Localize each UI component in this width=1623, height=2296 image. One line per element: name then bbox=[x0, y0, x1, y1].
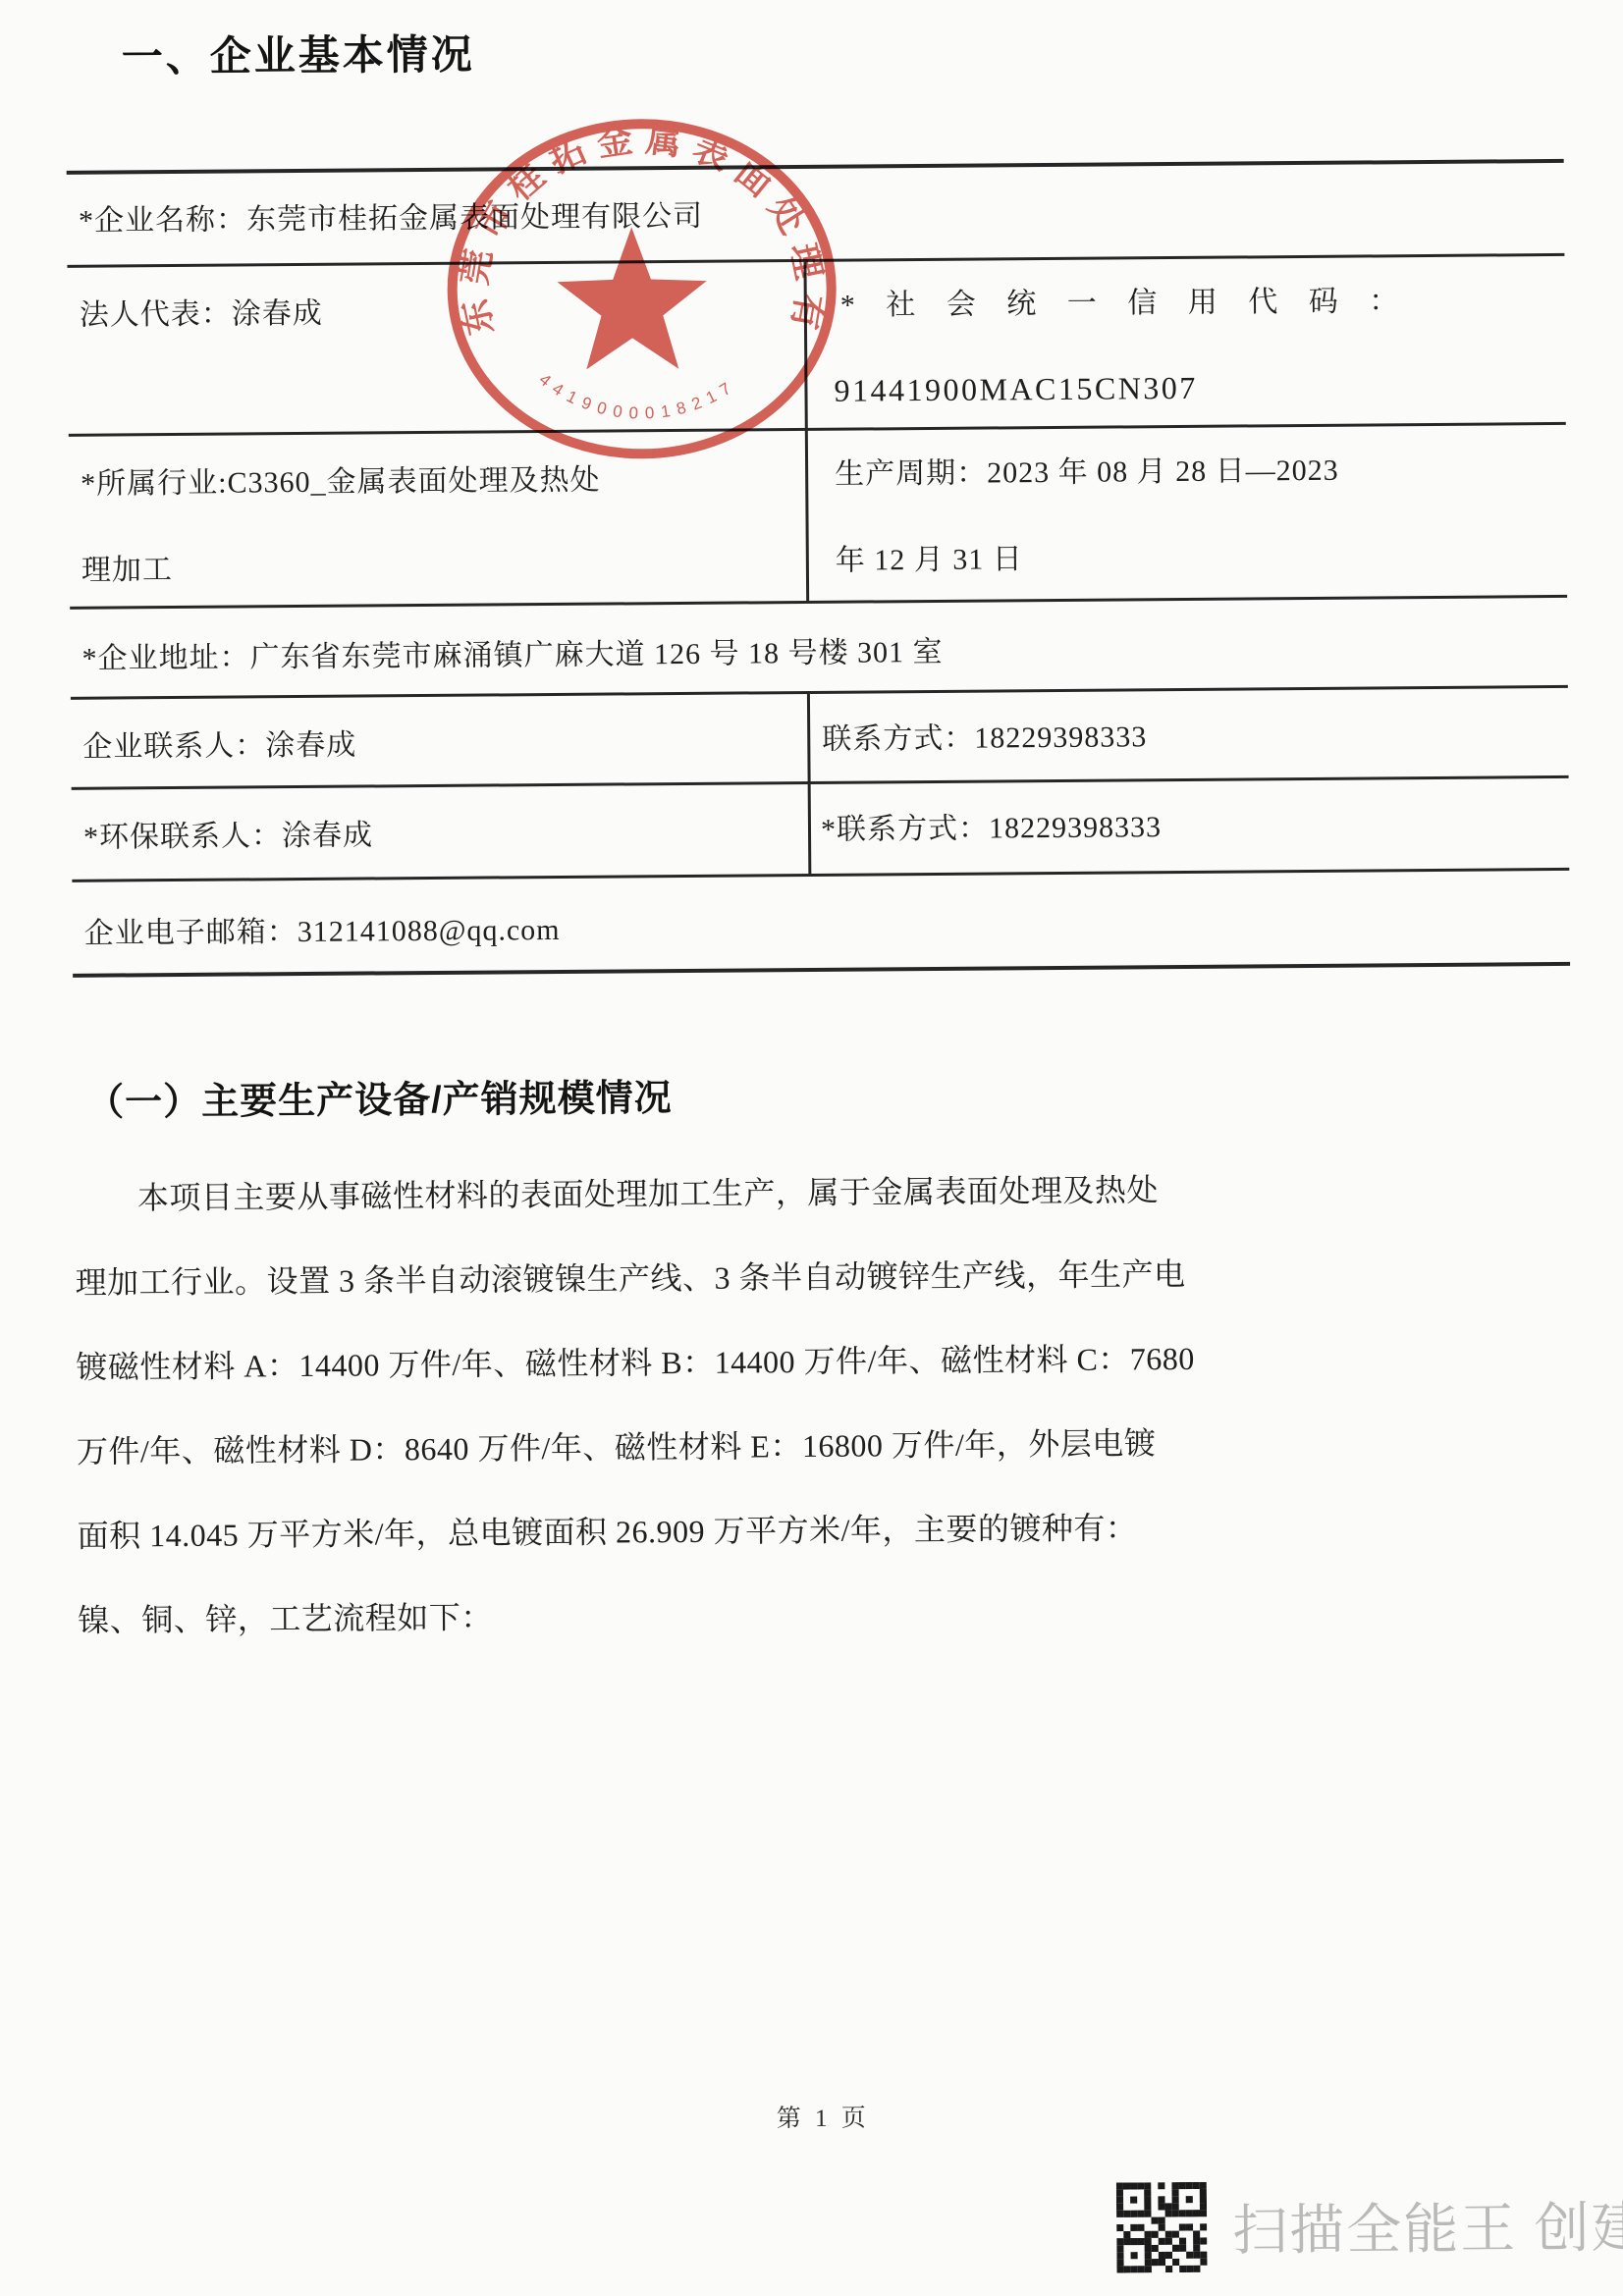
env-contact-person-cell: *环保联系人：涂春成 bbox=[83, 810, 373, 855]
paragraph-line: 本项目主要从事磁性材料的表面处理加工生产，属于金属表面处理及热处 bbox=[75, 1162, 1588, 1258]
scanned-page: 一、企业基本情况 *企业名称：东莞市桂拓金属表面处理有限公司 法人代表：涂春成 … bbox=[0, 0, 1623, 2296]
email-cell: 企业电子邮箱：312141088@qq.com bbox=[84, 905, 561, 952]
industry-cell-line2: 理加工 bbox=[81, 545, 173, 589]
page-title: 一、企业基本情况 bbox=[122, 23, 475, 84]
contact-person-cell: 企业联系人：涂春成 bbox=[82, 721, 356, 766]
page-number: 第 1 页 bbox=[739, 2098, 906, 2134]
body-paragraph: 本项目主要从事磁性材料的表面处理加工生产，属于金属表面处理及热处 理加工行业。设… bbox=[75, 1162, 1591, 1681]
table-line bbox=[72, 775, 1569, 790]
qr-code-icon bbox=[1116, 2182, 1208, 2273]
scanner-watermark: 扫描全能王 创建 bbox=[1232, 2184, 1623, 2266]
credit-code-label: * 社 会 统 一 信 用 代 码 ： bbox=[840, 276, 1411, 324]
company-seal-stamp: 东莞市桂拓金属表面处理有限公司 4419000018217 bbox=[424, 95, 869, 482]
seal-star-icon bbox=[557, 227, 707, 370]
address-cell: *企业地址：广东省东莞市麻涌镇广麻大道 126 号 18 号楼 301 室 bbox=[81, 627, 943, 677]
section-heading: （一）主要生产设备/产销规模情况 bbox=[86, 1067, 673, 1126]
svg-text:4419000018217: 4419000018217 bbox=[535, 368, 734, 423]
paragraph-line: 理加工行业。设置 3 条半自动滚镀镍生产线、3 条半自动镀锌生产线，年生产电 bbox=[75, 1247, 1588, 1343]
paragraph-line: 镍、铜、锌，工艺流程如下： bbox=[78, 1584, 1591, 1681]
contact-phone-cell: 联系方式：18229398333 bbox=[822, 712, 1147, 758]
period-cell-line1: 生产周期：2023 年 08 月 28 日—2023 bbox=[835, 446, 1339, 493]
paragraph-line: 镀磁性材料 A：14400 万件/年、磁性材料 B：14400 万件/年、磁性材… bbox=[76, 1331, 1589, 1427]
table-line-bottom bbox=[73, 962, 1570, 978]
paragraph-line: 万件/年、磁性材料 D：8640 万件/年、磁性材料 E：16800 万件/年，… bbox=[77, 1415, 1590, 1512]
table-line bbox=[71, 685, 1568, 700]
legal-rep-cell: 法人代表：涂春成 bbox=[80, 289, 323, 334]
seal-serial-number: 4419000018217 bbox=[535, 368, 734, 423]
table-line bbox=[70, 595, 1567, 610]
paragraph-line: 面积 14.045 万平方米/年，总电镀面积 26.909 万平方米/年，主要的… bbox=[77, 1500, 1590, 1596]
period-cell-line2: 年 12 月 31 日 bbox=[836, 534, 1023, 578]
credit-code-value: 91441900MAC15CN307 bbox=[834, 370, 1198, 409]
table-line bbox=[72, 868, 1569, 882]
env-contact-phone-cell: *联系方式：18229398333 bbox=[821, 802, 1162, 848]
